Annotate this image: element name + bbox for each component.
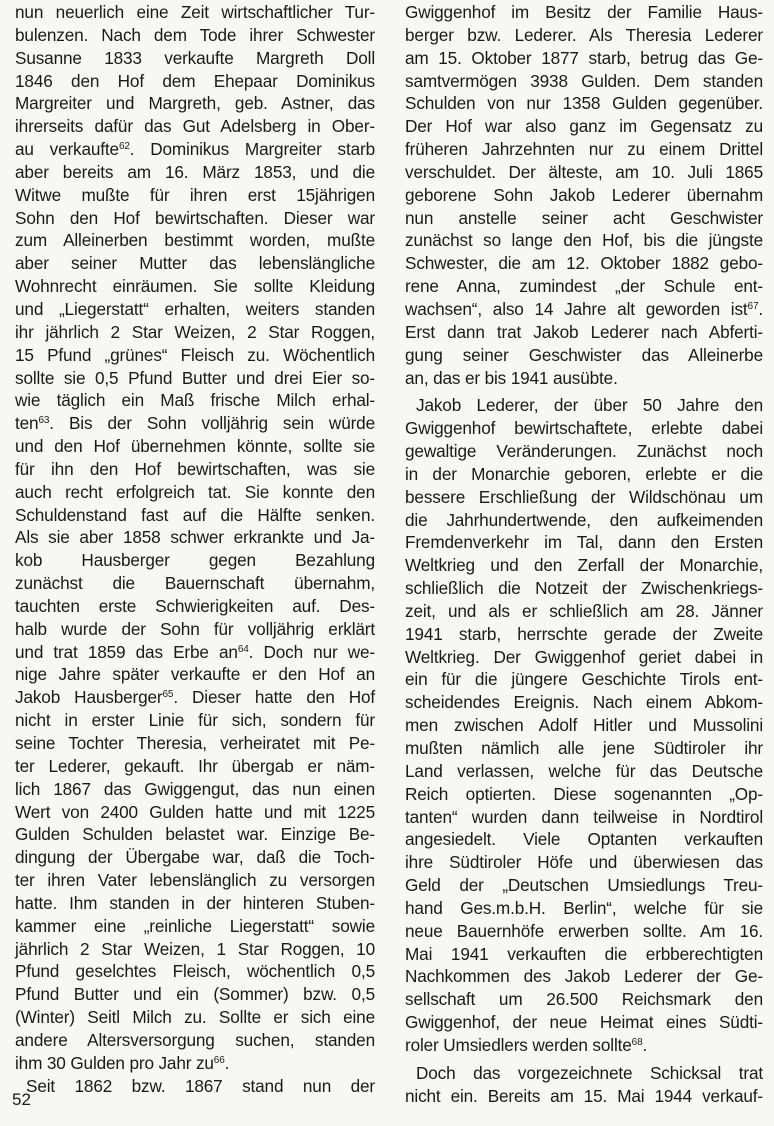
text-line: und trat 1859 das Erbe an64. Doch nur we… (15, 641, 375, 664)
line-text: kammer eine „reinliche Liegerstatt“ sowi… (15, 916, 375, 936)
text-line: berger bzw. Lederer. Als Theresia Ledere… (405, 24, 763, 47)
text-line: Weltkrieg. Der Gwiggenhof geriet dabei i… (405, 646, 763, 669)
line-text: gewaltige Veränderungen. Zunächst noch (405, 441, 763, 461)
text-line: Margreiter und Margreth, geb. Astner, da… (15, 92, 375, 115)
text-line: roler Umsiedlers werden sollte68. (405, 1034, 763, 1057)
text-line: aber bereits am 16. März 1853, und die (15, 161, 375, 184)
text-line: auch recht erfolgreich tat. Sie konnte d… (15, 481, 375, 504)
line-text: Wert von 2400 Gulden hatte und mit 1225 (15, 802, 375, 822)
text-line: seine Tochter Theresia, verheiratet mit … (15, 732, 375, 755)
line-text: Schulden von nur 1358 Gulden gegenüber. (405, 93, 763, 113)
line-text: aber bereits am 16. März 1853, und die (15, 162, 375, 182)
line-text: ein für die jüngere Geschichte Tirols en… (405, 669, 763, 689)
text-line: Jakob Hausberger65. Dieser hatte den Hof (15, 686, 375, 709)
text-line: Fremdenverkehr im Tal, dann den Ersten (405, 531, 763, 554)
text-line: Geld der „Deutschen Umsiedlungs Treu- (405, 874, 763, 897)
line-text: an, das er bis 1941 ausübte. (405, 368, 618, 388)
footnote-reference: 65 (163, 689, 174, 700)
text-line: Jakob Lederer, der über 50 Jahre den (405, 394, 763, 417)
line-text: nun anstelle seiner acht Geschwister (405, 208, 763, 228)
text-line: für ihn den Hof bewirtschaften, was sie (15, 458, 375, 481)
document-page: nun neuerlich eine Zeit wirtschaftlicher… (0, 0, 774, 1126)
text-line: Doch das vorgezeichnete Schicksal trat (405, 1062, 763, 1085)
text-line: Reich optierten. Diese sogenannten „Op- (405, 783, 763, 806)
line-text: sellschaft um 26.500 Reichsmark den (405, 989, 763, 1009)
text-line: Witwe mußte für ihren erst 15jährigen (15, 184, 375, 207)
text-line: Susanne 1833 verkaufte Margreth Doll (15, 47, 375, 70)
text-line: nun anstelle seiner acht Geschwister (405, 207, 763, 230)
line-text: Land verlassen, welche für das Deutsche (405, 761, 763, 781)
footnote-reference: 63 (38, 415, 49, 426)
line-text: tauchten erste Schwierigkeiten auf. Des- (15, 596, 375, 616)
text-line: lich 1867 das Gwiggengut, das nun einen (15, 778, 375, 801)
line-text-after-footnote: . (643, 1035, 648, 1055)
text-line: (Winter) Seitl Milch zu. Sollte er sich … (15, 1006, 375, 1029)
text-line: au verkaufte62. Dominikus Margreiter sta… (15, 138, 375, 161)
line-text: schließlich die Notzeit der Zwischenkrie… (405, 578, 763, 598)
text-line: zunächst die Bauernschaft übernahm, (15, 572, 375, 595)
text-line: sellschaft um 26.500 Reichsmark den (405, 988, 763, 1011)
line-text: Weltkrieg. Der Gwiggenhof geriet dabei i… (405, 647, 763, 667)
line-text: Schuldenstand fast auf die Hälfte senken… (15, 505, 375, 525)
line-text: rene Anna, zumindest „der Schule ent- (405, 276, 763, 296)
text-line: Wohnrecht einräumen. Sie sollte Kleidung (15, 275, 375, 298)
line-text: ten (15, 413, 38, 433)
line-text: ter ihren Vater lebenslänglich zu versor… (15, 870, 375, 890)
footnote-reference: 64 (238, 644, 249, 655)
line-text: men zwischen Adolf Hitler und Mussolini (405, 715, 763, 735)
text-line: verschuldet. Der älteste, am 10. Juli 18… (405, 161, 763, 184)
text-line: scheidendes Ereignis. Nach einem Abkom- (405, 691, 763, 714)
text-line: sollte sie 0,5 Pfund Butter und drei Eie… (15, 367, 375, 390)
line-text: Pfund geselchtes Fleisch, wöchentlich 0,… (15, 961, 375, 981)
line-text-after-footnote: . Doch nur we- (249, 642, 375, 662)
text-line: gewaltige Veränderungen. Zunächst noch (405, 440, 763, 463)
line-text: wachsen“, also 14 Jahre alt geworden ist (405, 299, 748, 319)
page-number: 52 (12, 1090, 31, 1110)
line-text: Gulden Schulden belastet war. Einzige Be… (15, 824, 375, 844)
line-text: geborene Sohn Jakob Lederer übernahm (405, 185, 763, 205)
line-text: früheren Jahrzehnten nur zu einem Dritte… (405, 139, 763, 159)
line-text: Erst dann trat Jakob Lederer nach Abfert… (405, 322, 763, 342)
text-line: Gwiggenhof im Besitz der Familie Haus- (405, 1, 763, 24)
line-text: Als sie aber 1858 schwer erkrankte und J… (15, 527, 375, 547)
line-text: ter Lederer, gekauft. Ihr übergab er näm… (15, 756, 375, 776)
text-line: Erst dann trat Jakob Lederer nach Abfert… (405, 321, 763, 344)
line-text: andere Altersversorgung suchen, standen (15, 1030, 375, 1050)
line-text: nicht in erster Linie für sich, sondern … (15, 710, 375, 730)
text-line: Der Hof war also ganz im Gegensatz zu (405, 115, 763, 138)
text-line: 1941 starb, herrschte gerade der Zweite (405, 623, 763, 646)
text-line: und den Hof übernehmen könnte, sollte si… (15, 435, 375, 458)
footnote-reference: 66 (214, 1055, 225, 1066)
line-text: und den Hof übernehmen könnte, sollte si… (15, 436, 375, 456)
text-line: Pfund geselchtes Fleisch, wöchentlich 0,… (15, 960, 375, 983)
text-line: ter Lederer, gekauft. Ihr übergab er näm… (15, 755, 375, 778)
text-line: Pfund Butter und ein (Sommer) bzw. 0,5 (15, 983, 375, 1006)
line-text: Gwiggenhof, der neue Heimat eines Südti- (405, 1012, 763, 1032)
line-text-after-footnote: . Dieser hatte den Hof (173, 687, 375, 707)
line-text: für ihn den Hof bewirtschaften, was sie (15, 459, 375, 479)
text-line: in der Monarchie geboren, erlebte er die (405, 463, 763, 486)
text-line: Gwiggenhof bewirtschaftete, erlebte dabe… (405, 417, 763, 440)
text-line: mußten nämlich alle jene Südtiroler ihr (405, 737, 763, 760)
text-line: tanten“ wurden dann teilweise in Nordtir… (405, 806, 763, 829)
line-text: hand Ges.m.b.H. Berlin“, welche für sie (405, 898, 763, 918)
text-line: hand Ges.m.b.H. Berlin“, welche für sie (405, 897, 763, 920)
line-text: berger bzw. Lederer. Als Theresia Ledere… (405, 25, 763, 45)
text-line: Schwester, die am 12. Oktober 1882 gebo- (405, 252, 763, 275)
text-line: tauchten erste Schwierigkeiten auf. Des- (15, 595, 375, 618)
text-line: Nachkommen des Jakob Lederer der Ge- (405, 965, 763, 988)
line-text: halb wurde der Sohn für volljährig erklä… (15, 619, 375, 639)
text-line: ihm 30 Gulden pro Jahr zu66. (15, 1052, 375, 1075)
text-line: bulenzen. Nach dem Tode ihrer Schwester (15, 24, 375, 47)
text-line: andere Altersversorgung suchen, standen (15, 1029, 375, 1052)
line-text: Gwiggenhof bewirtschaftete, erlebte dabe… (405, 418, 763, 438)
line-text: ihrerseits dafür das Gut Adelsberg in Ob… (15, 116, 375, 136)
line-text: 15 Pfund „grünes“ Fleisch zu. Wöchentlic… (15, 345, 375, 365)
line-text: Susanne 1833 verkaufte Margreth Doll (15, 48, 375, 68)
text-line: dingung der Übergabe war, daß die Toch- (15, 846, 375, 869)
line-text: Jakob Lederer, der über 50 Jahre den (416, 395, 763, 415)
line-text: Pfund Butter und ein (Sommer) bzw. 0,5 (15, 984, 375, 1004)
text-line: ihre Südtiroler Höfe und überwiesen das (405, 851, 763, 874)
text-line: am 15. Oktober 1877 starb, betrug das Ge… (405, 47, 763, 70)
line-text-after-footnote: . Dominikus Margreiter starb (130, 139, 375, 159)
line-text: nige Jahre später verkaufte er den Hof a… (15, 664, 375, 684)
text-line: zunächst so lange den Hof, bis die jüngs… (405, 229, 763, 252)
text-line: wie täglich ein Maß frische Milch erhal- (15, 389, 375, 412)
line-text: am 15. Oktober 1877 starb, betrug das Ge… (405, 48, 763, 68)
line-text: neue Bauernhöfe erwerben sollte. Am 16. (405, 921, 763, 941)
line-text: seine Tochter Theresia, verheiratet mit … (15, 733, 375, 753)
line-text: lich 1867 das Gwiggengut, das nun einen (15, 779, 375, 799)
text-line: Schulden von nur 1358 Gulden gegenüber. (405, 92, 763, 115)
text-line: an, das er bis 1941 ausübte. (405, 367, 763, 390)
line-text: wie täglich ein Maß frische Milch erhal- (15, 390, 375, 410)
text-line: 1846 den Hof dem Ehepaar Dominikus (15, 70, 375, 93)
line-text: mußten nämlich alle jene Südtiroler ihr (405, 738, 763, 758)
line-text: nicht ein. Bereits am 15. Mai 1944 verka… (405, 1086, 763, 1106)
text-line: geborene Sohn Jakob Lederer übernahm (405, 184, 763, 207)
line-text-after-footnote: . (758, 299, 763, 319)
text-line: früheren Jahrzehnten nur zu einem Dritte… (405, 138, 763, 161)
line-text: gung seiner Geschwister das Alleinerbe (405, 345, 763, 365)
text-line: Wert von 2400 Gulden hatte und mit 1225 (15, 801, 375, 824)
text-line: rene Anna, zumindest „der Schule ent- (405, 275, 763, 298)
text-line: samtvermögen 3938 Gulden. Dem standen (405, 70, 763, 93)
line-text: (Winter) Seitl Milch zu. Sollte er sich … (15, 1007, 375, 1027)
line-text-after-footnote: . Bis der Sohn volljährig sein würde (49, 413, 375, 433)
text-line: kammer eine „reinliche Liegerstatt“ sowi… (15, 915, 375, 938)
text-line: kob Hausberger gegen Bezahlung (15, 549, 375, 572)
text-line: zeit, und als er schließlich am 28. Jänn… (405, 600, 763, 623)
text-line: ein für die jüngere Geschichte Tirols en… (405, 668, 763, 691)
line-text: in der Monarchie geboren, erlebte er die (405, 464, 763, 484)
line-text: Geld der „Deutschen Umsiedlungs Treu- (405, 875, 763, 895)
line-text: zunächst so lange den Hof, bis die jüngs… (405, 230, 763, 250)
line-text: angesiedelt. Viele Optanten verkauften (405, 829, 763, 849)
line-text: bessere Erschließung der Wildschönau um (405, 487, 763, 507)
line-text-after-footnote: . (225, 1053, 230, 1073)
text-line: ihr jährlich 2 Star Weizen, 2 Star Rogge… (15, 321, 375, 344)
text-line: die Jahrhundertwende, den aufkeimenden (405, 509, 763, 532)
line-text: verschuldet. Der älteste, am 10. Juli 18… (405, 162, 763, 182)
text-line: jährlich 2 Star Weizen, 1 Star Roggen, 1… (15, 938, 375, 961)
line-text: und „Liegerstatt“ erhalten, weiters stan… (15, 299, 375, 319)
line-text: au verkaufte (15, 139, 119, 159)
line-text: zum Alleinerben bestimmt worden, mußte (15, 230, 375, 250)
text-line: nun neuerlich eine Zeit wirtschaftlicher… (15, 1, 375, 24)
text-line: nicht ein. Bereits am 15. Mai 1944 verka… (405, 1085, 763, 1108)
line-text: ihre Südtiroler Höfe und überwiesen das (405, 852, 763, 872)
text-line: ihrerseits dafür das Gut Adelsberg in Ob… (15, 115, 375, 138)
line-text: samtvermögen 3938 Gulden. Dem standen (405, 71, 763, 91)
text-line: nige Jahre später verkaufte er den Hof a… (15, 663, 375, 686)
line-text: dingung der Übergabe war, daß die Toch- (15, 847, 375, 867)
line-text: auch recht erfolgreich tat. Sie konnte d… (15, 482, 375, 502)
line-text: Reich optierten. Diese sogenannten „Op- (405, 784, 763, 804)
line-text: und trat 1859 das Erbe an (15, 642, 238, 662)
line-text: ihm 30 Gulden pro Jahr zu (15, 1053, 214, 1073)
text-line: Mai 1941 verkauften die erbberechtigten (405, 943, 763, 966)
text-line: ten63. Bis der Sohn volljährig sein würd… (15, 412, 375, 435)
text-line: Gwiggenhof, der neue Heimat eines Südti- (405, 1011, 763, 1034)
line-text: Der Hof war also ganz im Gegensatz zu (405, 116, 763, 136)
text-line: men zwischen Adolf Hitler und Mussolini (405, 714, 763, 737)
line-text: 1846 den Hof dem Ehepaar Dominikus (15, 71, 375, 91)
text-line: Als sie aber 1858 schwer erkrankte und J… (15, 526, 375, 549)
line-text: scheidendes Ereignis. Nach einem Abkom- (405, 692, 763, 712)
line-text: Sohn den Hof bewirtschaften. Dieser war (15, 208, 375, 228)
line-text: nun neuerlich eine Zeit wirtschaftlicher… (15, 2, 375, 22)
line-text: jährlich 2 Star Weizen, 1 Star Roggen, 1… (15, 939, 375, 959)
line-text: bulenzen. Nach dem Tode ihrer Schwester (15, 25, 375, 45)
text-line: halb wurde der Sohn für volljährig erklä… (15, 618, 375, 641)
line-text: 1941 starb, herrschte gerade der Zweite (405, 624, 763, 644)
text-line: gung seiner Geschwister das Alleinerbe (405, 344, 763, 367)
right-text-column: Gwiggenhof im Besitz der Familie Haus-be… (405, 1, 763, 1108)
footnote-reference: 68 (632, 1037, 643, 1048)
text-line: und „Liegerstatt“ erhalten, weiters stan… (15, 298, 375, 321)
text-line: Gulden Schulden belastet war. Einzige Be… (15, 823, 375, 846)
line-text: Mai 1941 verkauften die erbberechtigten (405, 944, 763, 964)
line-text: Seit 1862 bzw. 1867 stand nun der (26, 1076, 375, 1096)
left-text-column: nun neuerlich eine Zeit wirtschaftlicher… (15, 1, 375, 1098)
text-line: neue Bauernhöfe erwerben sollte. Am 16. (405, 920, 763, 943)
line-text: kob Hausberger gegen Bezahlung (15, 550, 375, 570)
text-line: Schuldenstand fast auf die Hälfte senken… (15, 504, 375, 527)
line-text: hatte. Ihm standen in der hinteren Stube… (15, 893, 375, 913)
text-line: nicht in erster Linie für sich, sondern … (15, 709, 375, 732)
text-line: Weltkrieg und den Zerfall der Monarchie, (405, 554, 763, 577)
text-line: hatte. Ihm standen in der hinteren Stube… (15, 892, 375, 915)
line-text: Doch das vorgezeichnete Schicksal trat (416, 1063, 763, 1083)
text-line: ter ihren Vater lebenslänglich zu versor… (15, 869, 375, 892)
line-text: Schwester, die am 12. Oktober 1882 gebo- (405, 253, 763, 273)
line-text: Fremdenverkehr im Tal, dann den Ersten (405, 532, 763, 552)
line-text: Witwe mußte für ihren erst 15jährigen (15, 185, 375, 205)
line-text: Wohnrecht einräumen. Sie sollte Kleidung (15, 276, 375, 296)
line-text: tanten“ wurden dann teilweise in Nordtir… (405, 807, 763, 827)
line-text: Margreiter und Margreth, geb. Astner, da… (15, 93, 375, 113)
line-text: die Jahrhundertwende, den aufkeimenden (405, 510, 763, 530)
line-text: ihr jährlich 2 Star Weizen, 2 Star Rogge… (15, 322, 375, 342)
text-line: Seit 1862 bzw. 1867 stand nun der (15, 1075, 375, 1098)
text-line: schließlich die Notzeit der Zwischenkrie… (405, 577, 763, 600)
text-line: wachsen“, also 14 Jahre alt geworden ist… (405, 298, 763, 321)
footnote-reference: 62 (119, 141, 130, 152)
text-line: Sohn den Hof bewirtschaften. Dieser war (15, 207, 375, 230)
text-line: bessere Erschließung der Wildschönau um (405, 486, 763, 509)
line-text: sollte sie 0,5 Pfund Butter und drei Eie… (15, 368, 375, 388)
text-line: Land verlassen, welche für das Deutsche (405, 760, 763, 783)
text-line: angesiedelt. Viele Optanten verkauften (405, 828, 763, 851)
line-text: Jakob Hausberger (15, 687, 163, 707)
line-text: Nachkommen des Jakob Lederer der Ge- (405, 966, 763, 986)
footnote-reference: 67 (748, 301, 759, 312)
line-text: Weltkrieg und den Zerfall der Monarchie, (405, 555, 763, 575)
line-text: Gwiggenhof im Besitz der Familie Haus- (405, 2, 763, 22)
text-line: aber seiner Mutter das lebenslängliche (15, 252, 375, 275)
line-text: zeit, und als er schließlich am 28. Jänn… (405, 601, 763, 621)
line-text: roler Umsiedlers werden sollte (405, 1035, 632, 1055)
text-line: zum Alleinerben bestimmt worden, mußte (15, 229, 375, 252)
line-text: zunächst die Bauernschaft übernahm, (15, 573, 375, 593)
line-text: aber seiner Mutter das lebenslängliche (15, 253, 375, 273)
text-line: 15 Pfund „grünes“ Fleisch zu. Wöchentlic… (15, 344, 375, 367)
